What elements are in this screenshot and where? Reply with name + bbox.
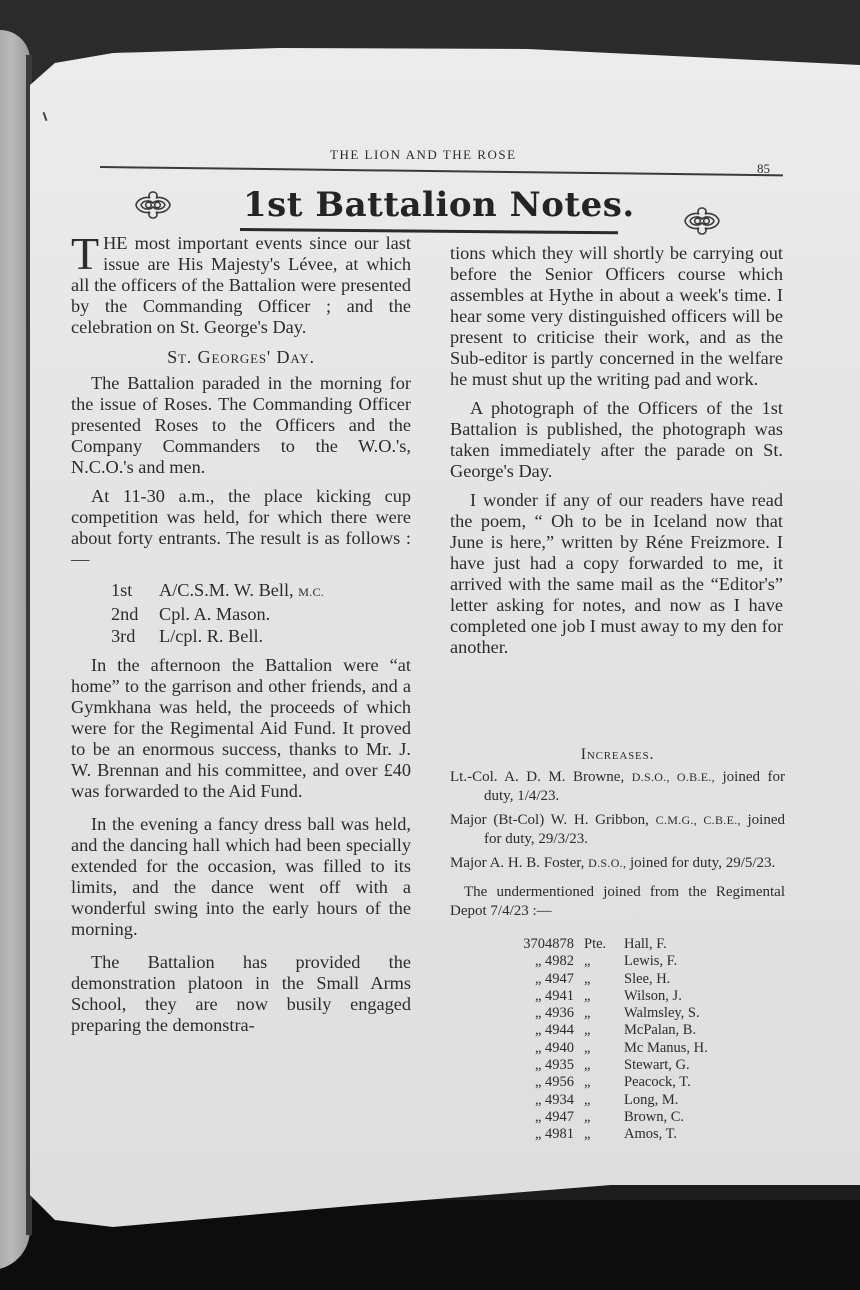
roster-row: „ 4941„Wilson, J.: [500, 988, 785, 1005]
paragraph: At 11-30 a.m., the place kicking cup com…: [71, 486, 411, 570]
increases-section: Increases. Lt.-Col. A. D. M. Browne, D.S…: [450, 745, 785, 1144]
paragraph: tions which they will shortly be carryin…: [450, 243, 783, 390]
result-row: 2nd Cpl. A. Mason.: [111, 603, 411, 625]
article-title: 1st Battalion Notes.: [243, 185, 635, 225]
paragraph: In the afternoon the Battalion were “at …: [71, 655, 411, 802]
paragraph: In the evening a fancy dress ball was he…: [71, 814, 411, 940]
roster-row: „ 4947„Slee, H.: [500, 971, 785, 988]
result-row: 1st A/C.S.M. W. Bell, M.C.: [111, 579, 411, 603]
increase-entry: Lt.-Col. A. D. M. Browne, D.S.O., O.B.E.…: [450, 768, 785, 806]
depot-intro: The undermentioned joined from the Regim…: [450, 883, 785, 921]
knot-ornament-icon: [682, 205, 722, 237]
roster-row: 3704878Pte.Hall, F.: [500, 936, 785, 953]
result-row: 3rd L/cpl. R. Bell.: [111, 625, 411, 647]
running-head: THE LION AND THE ROSE: [330, 147, 517, 163]
competition-results: 1st A/C.S.M. W. Bell, M.C. 2nd Cpl. A. M…: [111, 579, 411, 647]
roster-row: „ 4981„Amos, T.: [500, 1126, 785, 1143]
drop-cap: T: [71, 235, 99, 273]
depot-roster: 3704878Pte.Hall, F. „ 4982„Lewis, F. „ 4…: [500, 936, 785, 1144]
roster-row: „ 4936„Walmsley, S.: [500, 1005, 785, 1022]
paragraph: The Battalion paraded in the morning for…: [71, 373, 411, 478]
roster-row: „ 4956„Peacock, T.: [500, 1074, 785, 1091]
paragraph: A photograph of the Officers of the 1st …: [450, 398, 783, 482]
right-column: tions which they will shortly be carryin…: [450, 243, 783, 658]
knot-ornament-icon: [133, 189, 173, 221]
roster-row: „ 4947„Brown, C.: [500, 1109, 785, 1126]
increase-entry: Major (Bt-Col) W. H. Gribbon, C.M.G., C.…: [450, 811, 785, 849]
roster-row: „ 4935„Stewart, G.: [500, 1057, 785, 1074]
roster-row: „ 4940„Mc Manus, H.: [500, 1040, 785, 1057]
section-heading: St. Georges' Day.: [71, 347, 411, 368]
increase-entry: Major A. H. B. Foster, D.S.O., joined fo…: [450, 854, 785, 873]
roster-row: „ 4944„McPalan, B.: [500, 1022, 785, 1039]
paragraph: The Battalion has provided the demonstra…: [71, 952, 411, 1036]
roster-row: „ 4934„Long, M.: [500, 1092, 785, 1109]
paragraph: I wonder if any of our readers have read…: [450, 490, 783, 658]
increases-heading: Increases.: [450, 745, 785, 764]
left-column: THE most important events since our last…: [71, 233, 411, 1036]
roster-row: „ 4982„Lewis, F.: [500, 953, 785, 970]
intro-paragraph: THE most important events since our last…: [71, 233, 411, 338]
